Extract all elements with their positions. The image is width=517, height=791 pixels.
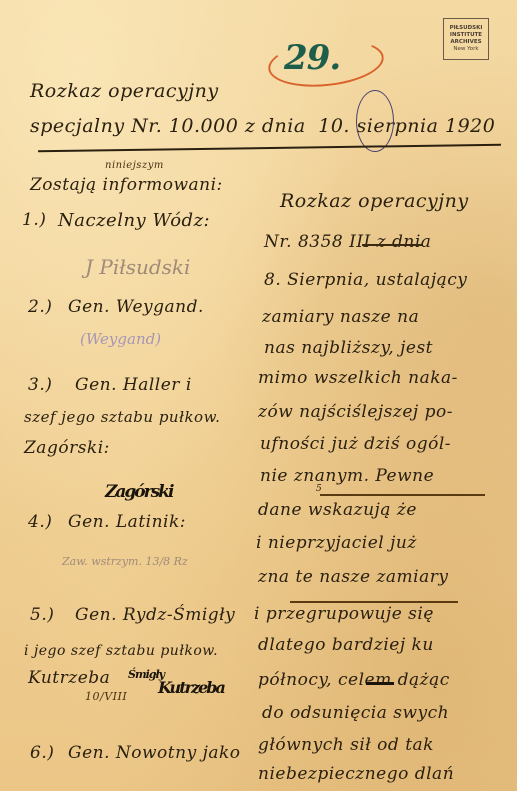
item-text: Naczelny Wódz: [58,210,210,231]
stamp-line: New York [453,46,478,53]
title-underline [38,144,501,152]
signature: Kutrzeba [158,678,224,697]
body-line: i nieprzyjaciel już [256,533,417,553]
body-line: zamiary nasze na [262,307,419,327]
item-number: 5.) [30,605,54,625]
item-number: 4.) [28,512,52,532]
strikethrough-mark [362,244,422,246]
document-page: PIŁSUDSKI INSTITUTE ARCHIVES New York 29… [0,0,517,791]
item-number: 3.) [28,375,52,395]
pencil-annotation: J Piłsudski [85,255,190,279]
item-text: Gen. Rydz-Śmigły [75,605,235,625]
folio-number: 29. [284,38,340,78]
item-text: Zagórski: [24,438,110,458]
body-line: nie znanym. Pewne [260,466,434,486]
body-line: ufności już dziś ogól- [260,434,451,454]
insert-mark: 5 [316,484,322,494]
item-text: Kutrzeba [28,668,110,688]
item-number: 1.) [22,210,46,230]
strikethrough-mark [366,682,394,685]
body-line: dlatego bardziej ku [258,635,434,655]
item-text: szef jego sztabu pułkow. [24,408,220,426]
marginal-line [290,601,458,603]
body-line: mimo wszelkich naka- [258,368,458,388]
stamp-line: PIŁSUDSKI [450,25,483,32]
title-line-1: Rozkaz operacyjny [30,80,219,102]
body-line: głównych sił od tak [258,735,434,755]
annotation-date: 10/VIII [85,690,127,703]
intro-text: Zostają informowani: [30,175,223,195]
intro-insert: niniejszym [105,160,164,171]
item-text: Gen. Haller i [75,375,192,395]
body-line: Rozkaz operacyjny [280,190,469,212]
pencil-annotation: Zaw. wstrzym. 13/8 Rz [62,555,188,568]
body-line: nas najbliższy, jest [264,338,433,358]
body-line: zów najściślejszej po- [258,402,453,422]
stamp-line: INSTITUTE [450,32,482,39]
body-line: i przegrupowuje się [254,604,434,624]
body-line: Nr. 8358 III z dnia [264,232,431,252]
archive-stamp: PIŁSUDSKI INSTITUTE ARCHIVES New York [443,18,489,60]
item-text: Gen. Nowotny jako [68,743,241,763]
body-line: niebezpiecznego dlań [258,764,454,784]
body-line: 8. Sierpnia, ustalający [264,270,467,290]
item-text: Gen. Weygand. [68,297,204,317]
title-prefix: specjalny Nr. 10.000 z dnia [30,115,306,137]
pencil-annotation: (Weygand) [80,330,161,348]
item-number: 6.) [30,743,54,763]
title-date: 10. sierpnia 1920 [318,115,495,137]
body-line: północy, celem dążąc [258,670,450,690]
item-text: i jego szef sztabu pułkow. [24,643,218,659]
item-number: 2.) [28,297,52,317]
stamp-line: ARCHIVES [450,39,481,46]
body-line: zna te nasze zamiary [258,567,448,587]
date-circle-mark [356,90,394,152]
body-line: do odsunięcia swych [262,703,449,723]
title-line-2: specjalny Nr. 10.000 z dnia 10. sierpnia… [30,115,495,137]
item-text: Gen. Latinik: [68,512,186,532]
signature: Zagórski [105,482,172,502]
body-line: dane wskazują że [258,500,417,520]
marginal-line [320,494,485,496]
